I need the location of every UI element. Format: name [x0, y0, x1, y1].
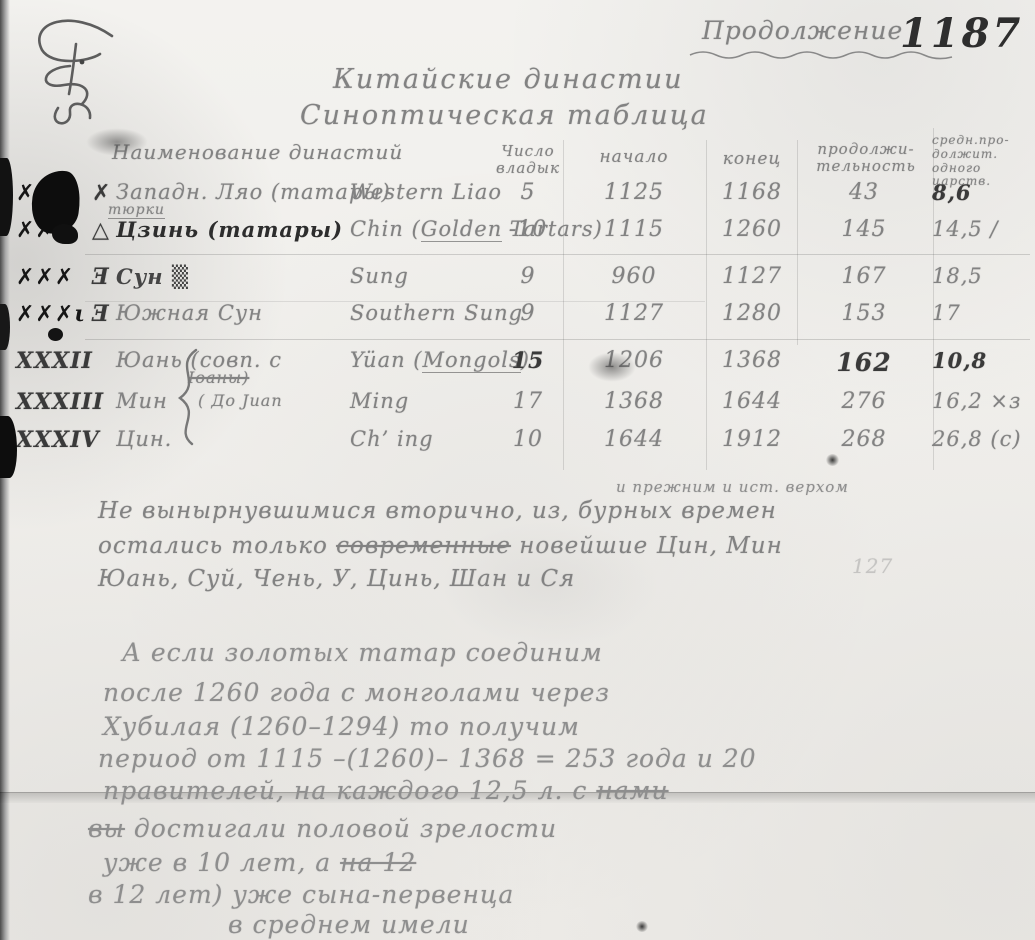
duration-years: 153 [816, 301, 912, 326]
name-en-part: Chin ( [350, 217, 421, 241]
dynasty-name-ru: Цин. [116, 427, 172, 451]
pencil-smudge [86, 128, 148, 156]
start-year: 1115 [578, 217, 690, 242]
rulers-count: 5 [492, 180, 564, 205]
name-en-part: Yüan ( [350, 348, 422, 372]
row-annotation: тюрки [108, 202, 165, 219]
avg-reign: 17 [932, 301, 1032, 325]
avg-reign: 26,8 (с) [932, 427, 1032, 451]
start-year: 1644 [578, 427, 690, 452]
scribble-mark: Ǝ [92, 301, 116, 327]
triangle-mark: △ [92, 217, 116, 243]
table-row: XXXIII Мин Ming 17 1368 1644 276 16,2 ×з [0, 389, 1035, 431]
rulers-count: 9 [492, 264, 564, 289]
ink-smudge [588, 352, 636, 382]
note-line: после 1260 года с монголами через [103, 678, 610, 707]
avg-reign: 18,5 [932, 264, 1032, 288]
note-line: Не вынырнувшимися вторично, из, бурных в… [98, 498, 777, 524]
table-row: ✗✗✗ι Ǝ Южная Сун Southern Sung 9 1127 12… [0, 301, 1035, 343]
dynasty-name-ru: Мин [116, 389, 168, 413]
end-year: 1280 [698, 301, 806, 326]
table-row: ✗✗✗ △ Цзинь (татары) Chin (Golden Tartar… [0, 217, 1035, 259]
note-struck-text: современные [336, 533, 511, 559]
row-annotation: ( До Juan [198, 391, 283, 410]
dynasty-name-en: Chin (Golden Tartars) [350, 217, 603, 241]
dynasty-name-en: Ming [350, 389, 409, 413]
note-line: остались только современные новейшие Цин… [98, 533, 783, 559]
duration-years: 145 [816, 217, 912, 242]
note-line: Юань, Суй, Чень, У, Цинь, Шан и Ся [98, 566, 575, 592]
dynasty-name-en: Sung [350, 264, 409, 288]
scribble-mark: Ǝ [92, 264, 116, 290]
start-year: 1127 [578, 301, 690, 326]
note-insertion: и прежним и ист. верхом [616, 478, 849, 496]
end-year: 1644 [698, 389, 806, 414]
doc-title: Китайские династии [333, 64, 683, 95]
avg-reign: 16,2 ×з [932, 389, 1032, 413]
start-year: 1125 [578, 180, 690, 205]
ink-blot [48, 328, 63, 341]
avg-reign: 8,6 [932, 180, 1032, 205]
row-index: XXXIV [16, 427, 92, 453]
rulers-count: -10 [492, 217, 564, 242]
rulers-count: 10 [492, 427, 564, 452]
end-year: 1127 [698, 264, 806, 289]
end-year: 1368 [698, 348, 806, 373]
note-line: Хубилая (1260–1294) то получим [103, 712, 580, 741]
duration-years: 162 [816, 348, 912, 377]
row-index: ✗✗✗ [16, 264, 92, 290]
row-index: XXXIII [16, 389, 92, 415]
page-number: 1187 [900, 10, 1023, 57]
note-struck-text: на 12 [340, 848, 416, 877]
table-row: ✗✗✗ Ǝ Сун ▒ Sung 9 960 1127 167 18,5 [0, 264, 1035, 306]
dynasty-name-en: Western Liao [350, 180, 502, 204]
table-header-start: начало [578, 147, 690, 167]
table-row: XXXII Юань (совп. с Yüan (Mongols) 15 12… [0, 348, 1035, 390]
ink-dot [636, 921, 648, 932]
avg-reign: 10,8 [932, 348, 1032, 373]
duration-years: 43 [816, 180, 912, 205]
note-line: правителей, на каждого 12,5 л. с нами [103, 776, 669, 805]
start-year: 1368 [578, 389, 690, 414]
avg-reign: 14,5 / [932, 217, 1032, 241]
table-header-duration: продолжи- тельность [816, 141, 916, 176]
table-header-rulers: Число владык [486, 143, 570, 178]
duration-years: 167 [816, 264, 912, 289]
dynasty-name-ru: Южная Сун [116, 301, 263, 325]
dynasty-name-ru: Цзинь (татары) [116, 217, 343, 242]
row-index: XXXII [16, 348, 92, 374]
note-text: достигали половой зрелости [134, 814, 557, 843]
table-header-name: Наименование династий [112, 140, 403, 164]
manuscript-page: Продолжение 1187 Китайские династии Сино… [0, 0, 1035, 940]
faint-number: 127 [852, 554, 893, 578]
note-struck-text: нами [596, 776, 668, 805]
continuation-label: Продолжение [702, 16, 903, 45]
name-en-underlined: Golden [421, 217, 503, 242]
duration-years: 268 [816, 427, 912, 452]
note-line: период от 1115 –(1260)– 1368 = 253 года … [98, 744, 757, 773]
note-struck-text: вы [88, 814, 125, 843]
rulers-count: 15 [492, 348, 564, 374]
dynasty-name-ru: Сун ▒ [116, 264, 189, 289]
note-text: остались только [98, 533, 328, 559]
duration-years: 276 [816, 389, 912, 414]
note-line: в среднем имели [228, 910, 470, 939]
rulers-count: 17 [492, 389, 564, 414]
table-row: XXXIV Цин. Ch’ ing 10 1644 1912 268 26,8… [0, 427, 1035, 469]
note-text: правителей, на каждого 12,5 л. с [103, 776, 587, 805]
note-line: А если золотых татар соединим [122, 638, 603, 667]
dynasty-name-en: Ch’ ing [350, 427, 434, 451]
note-line: в 12 лет) уже сына-первенца [88, 880, 514, 909]
end-year: 1912 [698, 427, 806, 452]
ink-blot [52, 224, 78, 244]
row-index: ✗✗✗ι [16, 301, 92, 327]
doc-subtitle: Синоптическая таблица [300, 100, 709, 131]
end-year: 1168 [698, 180, 806, 205]
note-text: уже в 10 лет, а [103, 848, 331, 877]
table-header-end: конец [698, 149, 806, 169]
ink-dot [826, 454, 839, 466]
note-text: новейшие Цин, Мин [519, 533, 783, 559]
start-year: 960 [578, 264, 690, 289]
end-year: 1260 [698, 217, 806, 242]
ink-blot-edge [0, 304, 10, 350]
note-line: вы достигали половой зрелости [88, 814, 557, 843]
rulers-count: 9 [492, 301, 564, 326]
flourish-scribble [12, 6, 127, 136]
note-line: уже в 10 лет, а на 12 [103, 848, 416, 877]
